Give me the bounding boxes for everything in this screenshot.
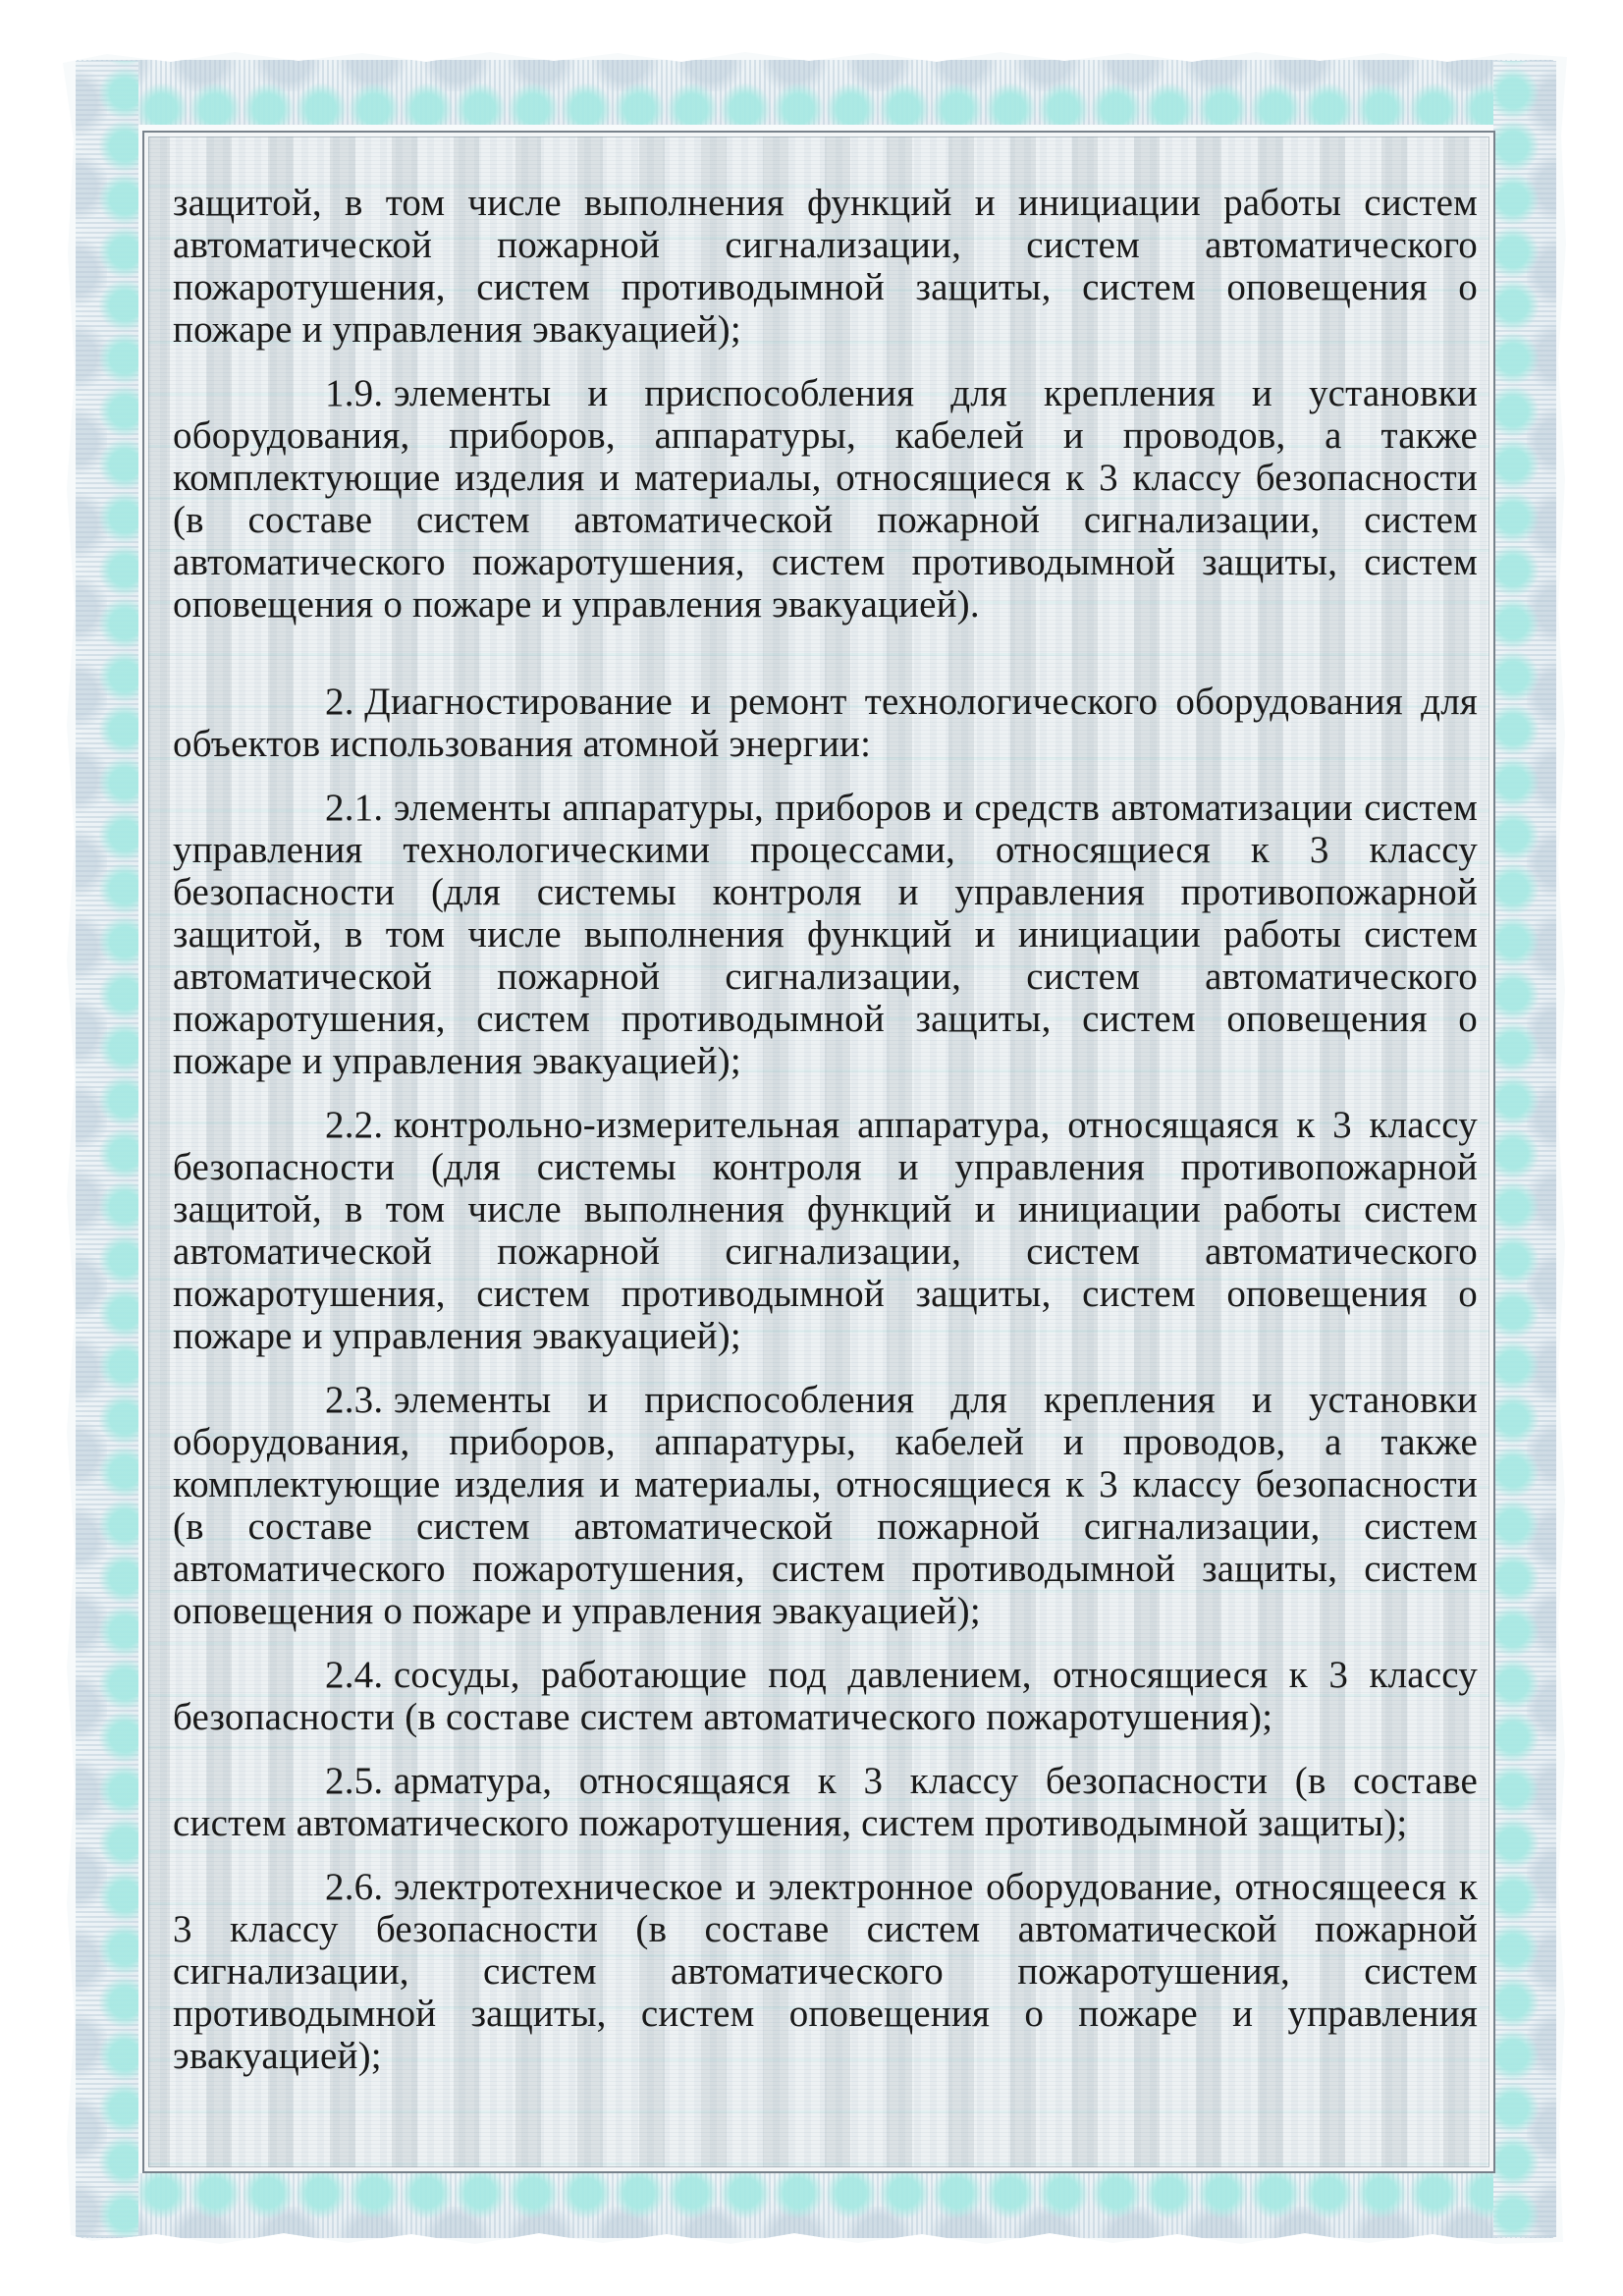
clause-number: 2.6. xyxy=(325,1866,394,1908)
guilloche-border-top xyxy=(77,60,1553,125)
clause-1-9: 1.9.элементы и приспособления для крепле… xyxy=(173,372,1478,626)
clause-number: 2.2. xyxy=(325,1104,394,1146)
clause-number: 2. xyxy=(325,681,364,723)
clause-text: защитой, в том числе выполнения функций … xyxy=(173,182,1478,351)
clause-number: 2.3. xyxy=(325,1379,394,1421)
clause-2-2: 2.2.контрольно-измерительная аппаратура,… xyxy=(173,1104,1478,1357)
clause-text: элементы аппаратуры, приборов и средств … xyxy=(173,787,1478,1082)
clause-2-1: 2.1.элементы аппаратуры, приборов и сред… xyxy=(173,787,1478,1082)
clause-2-4: 2.4.сосуды, работающие под давлением, от… xyxy=(173,1654,1478,1738)
clause-number: 1.9. xyxy=(325,372,394,414)
clause-number: 2.4. xyxy=(325,1654,394,1696)
clause-2-3: 2.3.элементы и приспособления для крепле… xyxy=(173,1379,1478,1632)
clause-number: 2.1. xyxy=(325,787,394,829)
paragraph-continuation: защитой, в том числе выполнения функций … xyxy=(173,182,1478,351)
clause-number: 2.5. xyxy=(325,1760,394,1802)
clause-text: Диагностирование и ремонт технологическо… xyxy=(173,681,1478,765)
certificate-sheet: защитой, в том числе выполнения функций … xyxy=(63,47,1567,2249)
guilloche-border-bottom xyxy=(77,2173,1553,2238)
clause-2-5: 2.5.арматура, относящаяся к 3 классу без… xyxy=(173,1760,1478,1844)
guilloche-border-left xyxy=(76,61,138,2237)
document-text-panel: защитой, в том числе выполнения функций … xyxy=(142,131,1495,2173)
section-2-heading: 2.Диагностирование и ремонт технологичес… xyxy=(173,681,1478,765)
guilloche-border-right xyxy=(1493,61,1556,2237)
document-body: защитой, в том числе выполнения функций … xyxy=(173,182,1478,2077)
clause-2-6: 2.6.электротехническое и электронное обо… xyxy=(173,1866,1478,2077)
